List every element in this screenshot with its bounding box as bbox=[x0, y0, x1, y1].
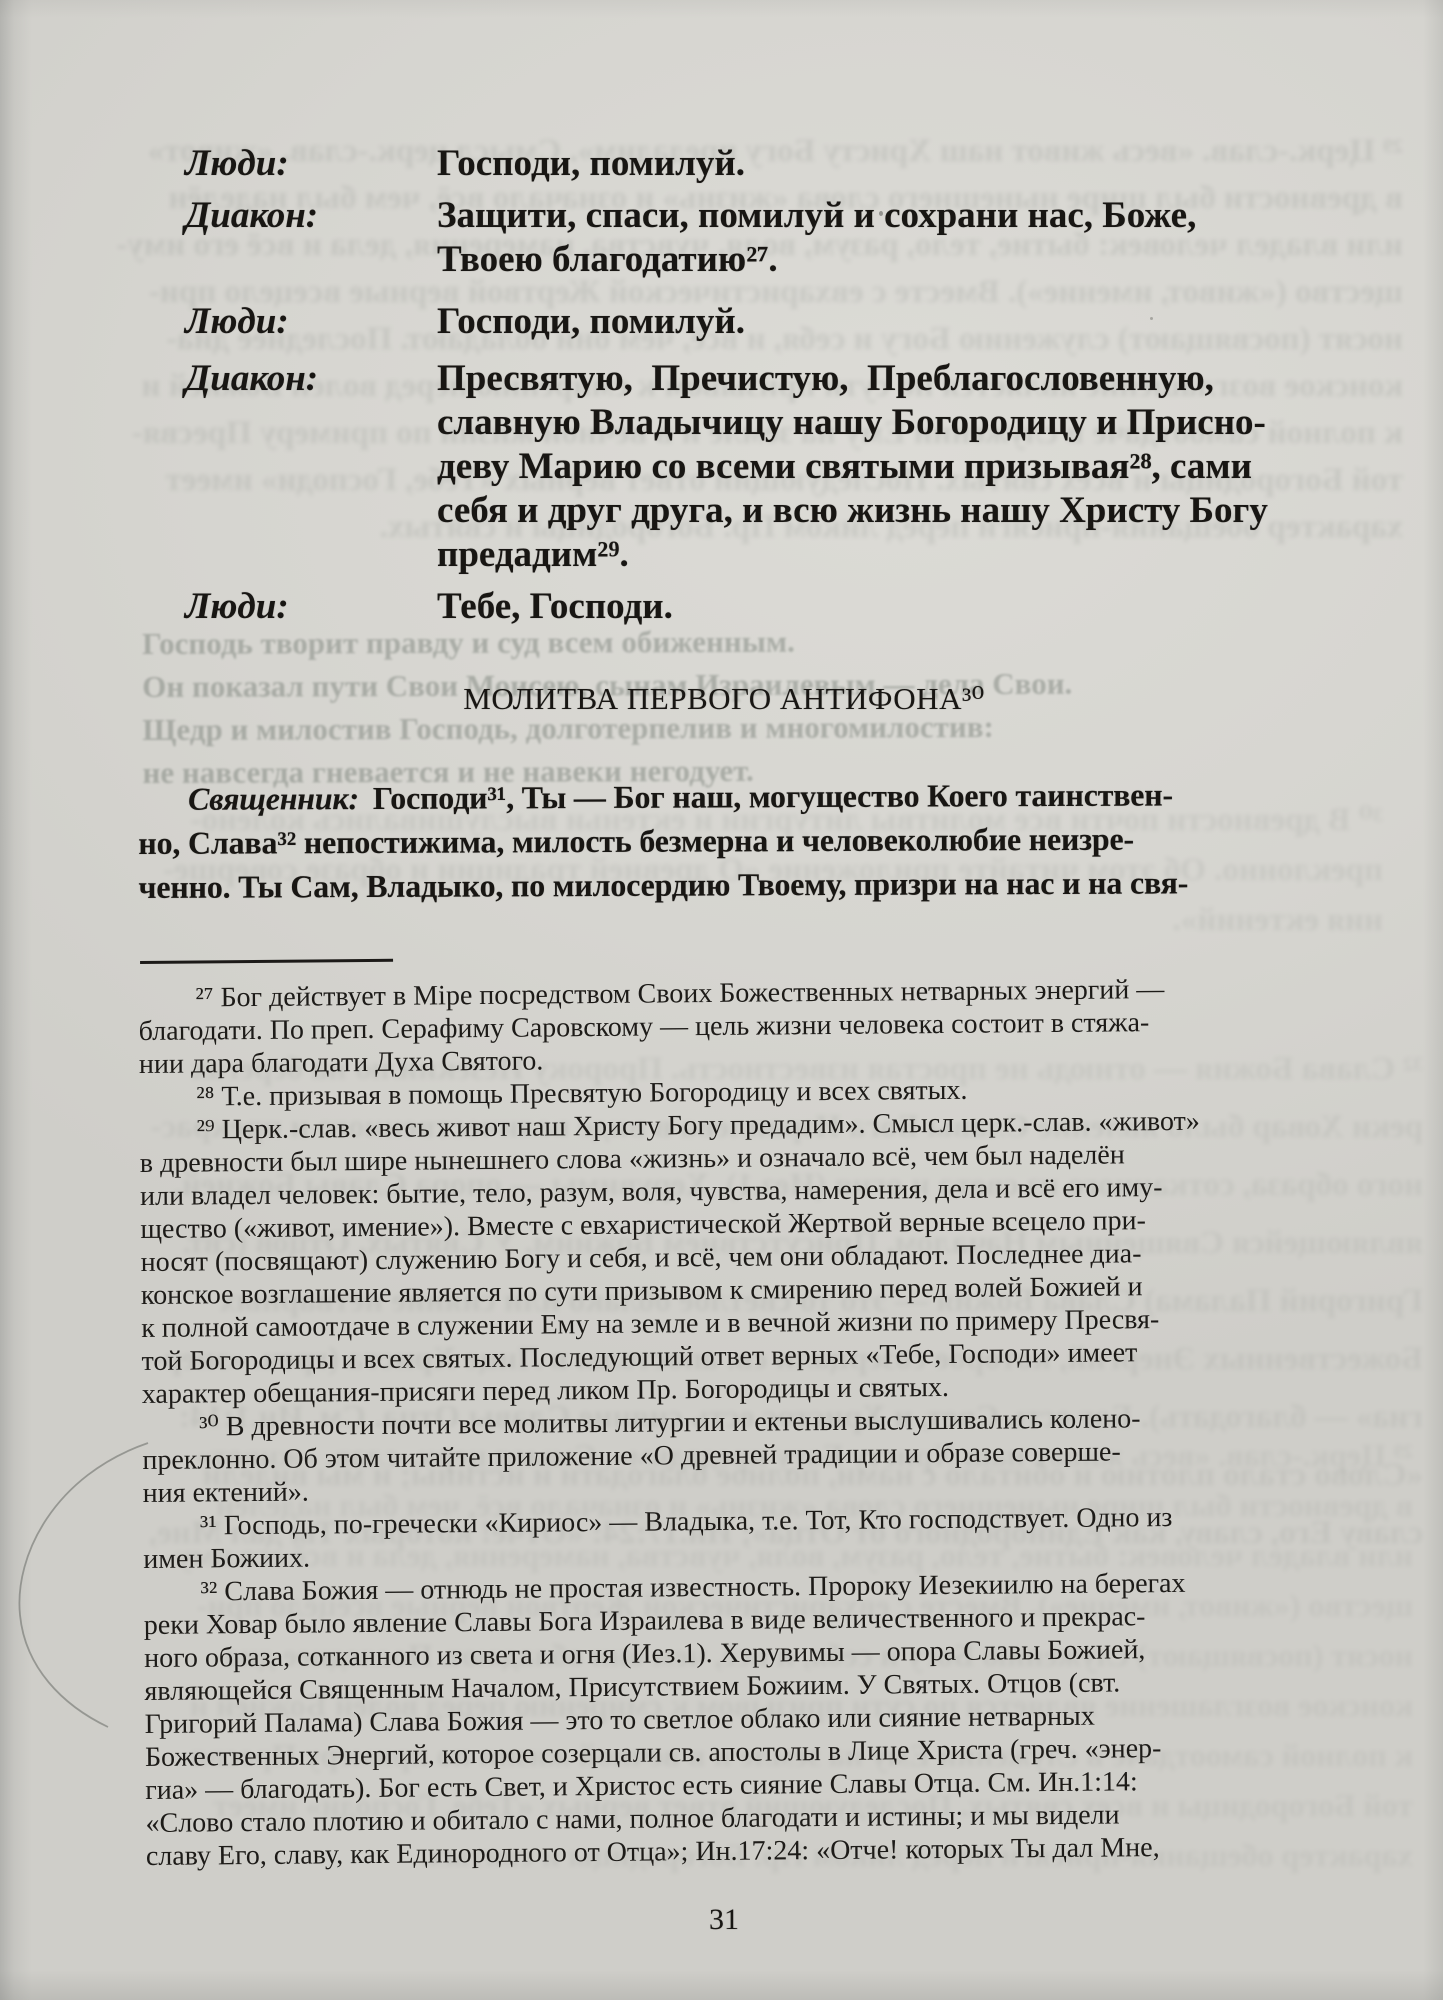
speech-text: Тебе, Господи. bbox=[437, 585, 1323, 629]
footnote-32: ³² Слава Божия — отнюдь не простая извес… bbox=[143, 1566, 1341, 1873]
speaker-label: Диакон: bbox=[185, 357, 437, 577]
speech-text: Защити, спаси, помилуй и сохрани нас, Бо… bbox=[437, 194, 1323, 282]
speaker-label: Священник: bbox=[188, 780, 359, 817]
footnote-31: ³¹ Господь, по-гречески «Кириос» — Влады… bbox=[143, 1500, 1339, 1576]
page-number: 31 bbox=[138, 1902, 1310, 1938]
speaker-label: Диакон: bbox=[185, 194, 437, 282]
footnote-30: ³⁰ В древности почти все молитвы литурги… bbox=[142, 1401, 1338, 1510]
footnote-27: ²⁷ Бог действует в Міре посредством Свои… bbox=[138, 972, 1334, 1081]
dialogue-section: Люди: Господи, помилуй. Диакон: Защити, … bbox=[185, 142, 1323, 629]
speech-text: Пресвятую, Пречистую, Преблагословенную,… bbox=[437, 357, 1323, 577]
footnote-separator bbox=[140, 959, 393, 964]
dialogue-row: Диакон: Защити, спаси, помилуй и сохрани… bbox=[185, 194, 1323, 282]
speaker-label: Люди: bbox=[185, 300, 437, 344]
speaker-label: Люди: bbox=[185, 585, 437, 629]
speech-text: Господи, помилуй. bbox=[437, 142, 1323, 186]
dialogue-row: Люди: Господи, помилуй. bbox=[185, 300, 1323, 344]
dialogue-row: Диакон: Пресвятую, Пречистую, Преблагосл… bbox=[185, 357, 1323, 577]
footnotes-section: ²⁷ Бог действует в Міре посредством Свои… bbox=[138, 945, 1341, 1873]
dialogue-row: Люди: Господи, помилуй. bbox=[185, 142, 1323, 186]
speech-text: Господи, помилуй. bbox=[437, 300, 1323, 344]
speaker-label: Люди: bbox=[185, 142, 437, 186]
footnote-29: ²⁹ Церк.-слав. «весь живот наш Христу Бо… bbox=[139, 1104, 1337, 1411]
section-heading: МОЛИТВА ПЕРВОГО АНТИФОНА³⁰ bbox=[138, 677, 1310, 721]
dialogue-row: Люди: Тебе, Господи. bbox=[185, 585, 1323, 629]
book-page: ²⁹ Церк.-слав. «весь живот наш Христу Бо… bbox=[0, 0, 1443, 2000]
prayer-paragraph: Священник:Господи³¹, Ты — Бог наш, могущ… bbox=[138, 772, 1364, 909]
